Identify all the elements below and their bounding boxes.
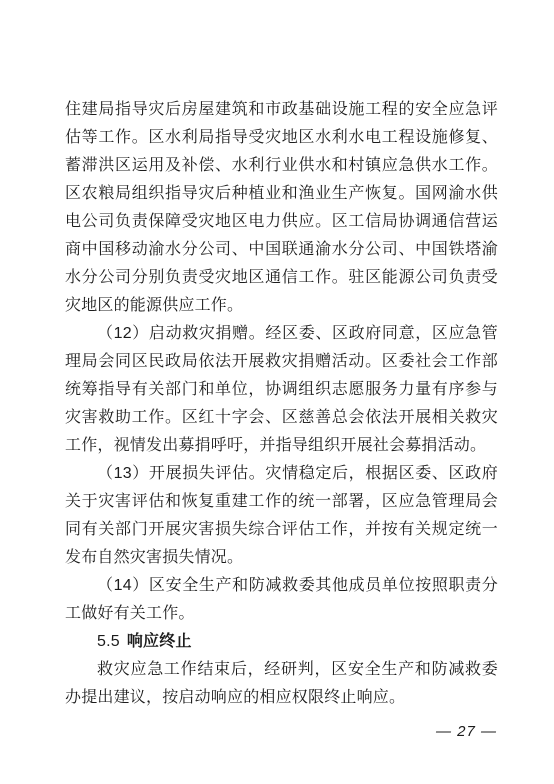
page-body: 住建局指导灾后房屋建筑和市政基础设施工程的安全应急评估等工作。区水利局指导受灾地… <box>65 96 498 712</box>
paragraph-continuation: 住建局指导灾后房屋建筑和市政基础设施工程的安全应急评估等工作。区水利局指导受灾地… <box>65 96 498 320</box>
document-page: 住建局指导灾后房屋建筑和市政基础设施工程的安全应急评估等工作。区水利局指导受灾地… <box>0 0 554 784</box>
section-number: 5.5 <box>97 633 120 650</box>
paragraph-item-13: （13）开展损失评估。灾情稳定后，根据区委、区政府关于灾害评估和恢复重建工作的统… <box>65 460 498 572</box>
paragraph-item-12: （12）启动救灾捐赠。经区委、区政府同意，区应急管理局会同区民政局依法开展救灾捐… <box>65 320 498 460</box>
section-heading: 5.5响应终止 <box>65 628 498 656</box>
paragraph-item-14: （14）区安全生产和防减救委其他成员单位按照职责分工做好有关工作。 <box>65 572 498 628</box>
page-number: — 27 — <box>436 723 497 740</box>
paragraph-closing: 救灾应急工作结束后，经研判，区安全生产和防减救委办提出建议，按启动响应的相应权限… <box>65 656 498 712</box>
section-title: 响应终止 <box>127 633 192 650</box>
